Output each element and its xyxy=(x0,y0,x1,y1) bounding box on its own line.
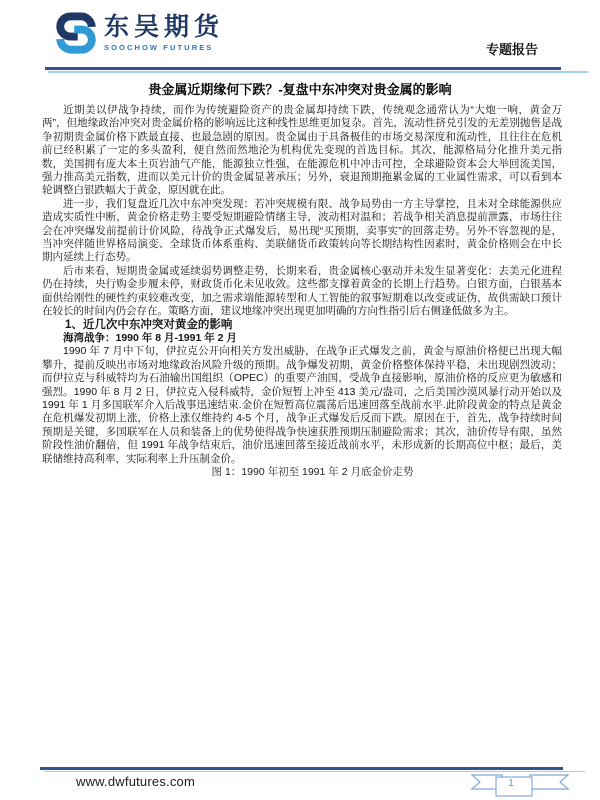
paragraph-gulf-war: 1990 年 7 月中下旬，伊拉克公开向相关方发出威胁，在战争正式爆发之前，黄金… xyxy=(42,345,562,466)
section-1-subheading: 海湾战争：1990 年 8 月-1991 年 2 月 xyxy=(42,332,562,345)
figure-1-caption: 图 1：1990 年初至 1991 年 2 月底金价走势 xyxy=(42,466,562,479)
logo-wordmark: 东吴期货 SOOCHOW FUTURES xyxy=(104,14,224,51)
report-type-label: 专题报告 xyxy=(486,39,538,58)
footer-divider-dark xyxy=(40,767,563,770)
soochow-logo-icon xyxy=(55,12,97,54)
page-number: 1 xyxy=(499,778,523,789)
website-link[interactable]: www.dwfutures.com xyxy=(76,774,195,789)
report-title: 贵金属近期缘何下跌？-复盘中东冲突对贵金属的影响 xyxy=(0,79,600,98)
paragraph-outlook: 后市来看，短期贵金属或延续弱势调整走势，长期来看，贵金属核心驱动并未发生显著变化… xyxy=(42,265,562,319)
report-body: 近期美以伊战争持续，而作为传统避险资产的贵金属却持续下跌，传统观念通常认为“大炮… xyxy=(42,104,562,479)
paragraph-intro: 近期美以伊战争持续，而作为传统避险资产的贵金属却持续下跌，传统观念通常认为“大炮… xyxy=(42,104,562,198)
company-logo: 东吴期货 SOOCHOW FUTURES xyxy=(55,12,224,54)
header-divider-dark xyxy=(45,67,561,70)
logo-name-chinese: 东吴期货 xyxy=(104,14,224,40)
paragraph-review: 进一步，我们复盘近几次中东冲突发现：若冲突规模有限、战争局势由一方主导掌控，且未… xyxy=(42,198,562,265)
header-divider-light xyxy=(48,71,588,73)
section-1-heading: 1、近几次中东冲突对黄金的影响 xyxy=(42,319,562,332)
report-page: 东吴期货 SOOCHOW FUTURES 专题报告 贵金属近期缘何下跌？-复盘中… xyxy=(0,0,600,800)
logo-name-english: SOOCHOW FUTURES xyxy=(104,43,224,52)
